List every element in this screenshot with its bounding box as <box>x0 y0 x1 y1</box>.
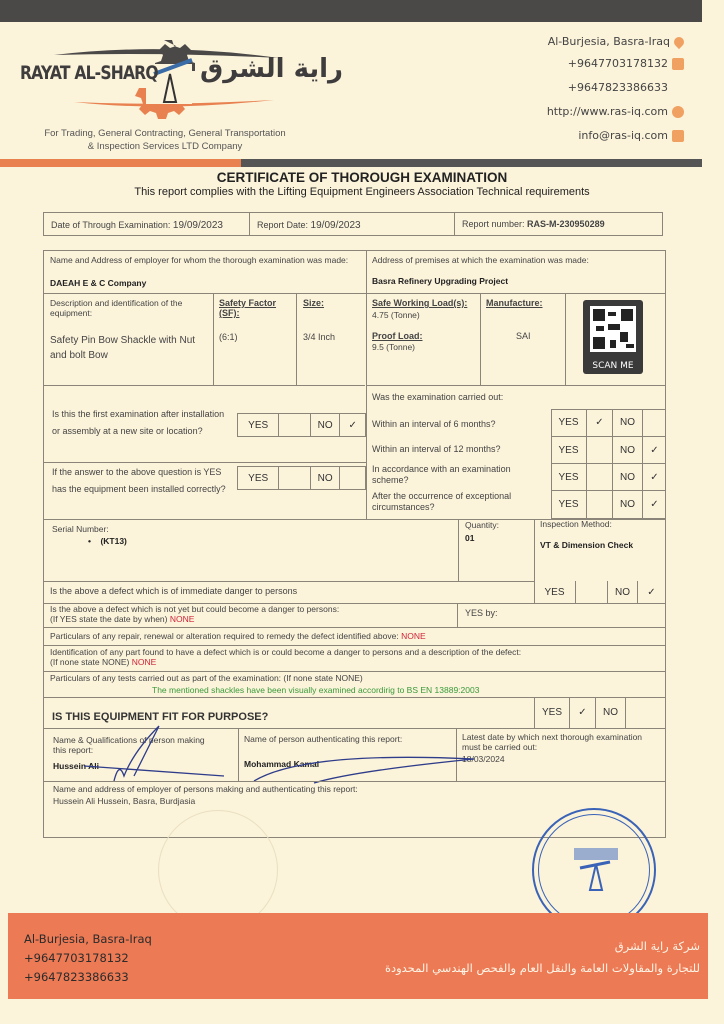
premises-value: Basra Refinery Upgrading Project <box>372 276 508 286</box>
size-label: Size: <box>303 298 324 308</box>
document-title: CERTIFICATE OF THOROUGH EXAMINATION <box>0 170 724 185</box>
separator-accent <box>0 159 241 167</box>
top-bar <box>0 0 702 22</box>
carried-out-grid: YES✓NO YESNO✓ YESNO✓ YESNO✓ <box>551 409 666 519</box>
exam-date: Date of Through Examination: 19/09/2023 <box>51 220 223 231</box>
globe-icon <box>672 106 684 118</box>
first-exam-yes-box[interactable] <box>279 414 311 436</box>
equipment-desc-label: Description and identification of the eq… <box>50 298 210 318</box>
company-name-en: RAYAT AL-SHARQ <box>20 62 158 84</box>
size-value: 3/4 Inch <box>303 332 335 342</box>
future-danger-question: Is the above a defect which is not yet b… <box>50 604 339 624</box>
qr-code-icon <box>590 306 636 352</box>
yes-by-label: YES by: <box>465 608 498 618</box>
installed-correctly-question: If the answer to the above question is Y… <box>52 464 232 498</box>
inspection-method-label: Inspection Method: <box>540 519 612 529</box>
tests-result: The mentioned shackles have been visuall… <box>152 685 479 695</box>
serial-value: • (KT13) <box>88 536 127 546</box>
proof-load-label: Proof Load: <box>372 331 423 341</box>
contact-address: Al-Burjesia, Basra-Iraq <box>548 35 684 48</box>
interval-6-question: Within an interval of 6 months? <box>372 419 496 429</box>
footer-contacts: Al-Burjesia, Basra-Iraq +9647703178132 +… <box>24 930 152 987</box>
serial-label: Serial Number: <box>52 524 109 534</box>
document-subtitle: This report complies with the Lifting Eq… <box>0 186 724 198</box>
envelope-icon <box>672 130 684 142</box>
fit-for-purpose-answer: YES✓NO <box>534 697 665 728</box>
report-number: Report number: RAS-M-230950289 <box>462 219 605 229</box>
employer-persons-value: Hussein Ali Hussein, Basra, Burdjasia <box>53 796 195 806</box>
manufacture-label: Manufacture: <box>486 298 543 308</box>
first-exam-question: Is this the first examination after inst… <box>52 406 232 440</box>
embossed-seal <box>158 810 278 930</box>
first-exam-no-box[interactable]: ✓ <box>340 414 365 436</box>
contact-phone-1: +9647703178132 <box>568 57 684 70</box>
equipment-desc-value: Safety Pin Bow Shackle with Nut and bolt… <box>50 333 210 363</box>
tests-particulars: Particulars of any tests carried out as … <box>50 673 363 683</box>
first-exam-answer: YESNO✓ <box>237 413 366 437</box>
proof-load-value: 9.5 (Tonne) <box>372 342 415 352</box>
contact-website[interactable]: http://www.ras-iq.com <box>547 105 684 118</box>
swl-value: 4.75 (Tonne) <box>372 310 420 320</box>
phone-icon <box>672 58 684 70</box>
installed-correctly-answer: YESNO <box>237 466 366 490</box>
inspection-method-value: VT & Dimension Check <box>540 540 633 550</box>
quantity-value: 01 <box>465 533 474 543</box>
manufacture-value: SAI <box>516 331 531 341</box>
scheme-question: In accordance with an examination scheme… <box>372 464 542 486</box>
examination-form: Name and Address of employer for whom th… <box>43 250 666 838</box>
repair-particulars: Particulars of any repair, renewal or al… <box>50 631 426 641</box>
footer-arabic: شركة راية الشرق للتجارة والمقاولات العام… <box>385 935 700 979</box>
contact-email[interactable]: info@ras-iq.com <box>578 129 684 142</box>
quantity-label: Quantity: <box>465 520 499 530</box>
employer-value: DAEAH E & C Company <box>50 278 146 288</box>
stamp-derrick-icon <box>566 840 626 900</box>
premises-label: Address of premises at which the examina… <box>372 255 589 265</box>
dates-row: Date of Through Examination: 19/09/2023 … <box>43 212 663 236</box>
tagline: For Trading, General Contracting, Genera… <box>20 127 310 153</box>
location-pin-icon <box>672 35 686 49</box>
safety-factor-value: (6:1) <box>219 332 238 342</box>
scan-me-label: SCAN ME <box>583 361 643 371</box>
employer-label: Name and Address of employer for whom th… <box>50 255 360 265</box>
employer-persons-label: Name and address of employer of persons … <box>53 784 358 794</box>
swl-label: Safe Working Load(s): <box>372 298 467 308</box>
safety-factor-label: Safety Factor (SF): <box>219 298 289 318</box>
tagline-line-1: For Trading, General Contracting, Genera… <box>20 127 310 140</box>
qr-code[interactable]: SCAN ME <box>583 300 643 374</box>
contact-phone-2: +9647823386633 <box>568 81 684 94</box>
separator-dark <box>241 159 702 167</box>
report-date: Report Date: 19/09/2023 <box>257 220 361 231</box>
exceptional-question: After the occurrence of exceptional circ… <box>372 491 547 513</box>
defect-part-identification: Identification of any part found to have… <box>50 647 521 667</box>
immediate-danger-question: Is the above a defect which is of immedi… <box>50 586 297 596</box>
tagline-line-2: & Inspection Services LTD Company <box>20 140 310 153</box>
interval-12-question: Within an interval of 12 months? <box>372 444 501 454</box>
carried-out-label: Was the examination carried out: <box>372 392 503 402</box>
company-name-ar: راية الشرق <box>200 54 343 84</box>
immediate-danger-answer: YESNO✓ <box>534 581 665 603</box>
